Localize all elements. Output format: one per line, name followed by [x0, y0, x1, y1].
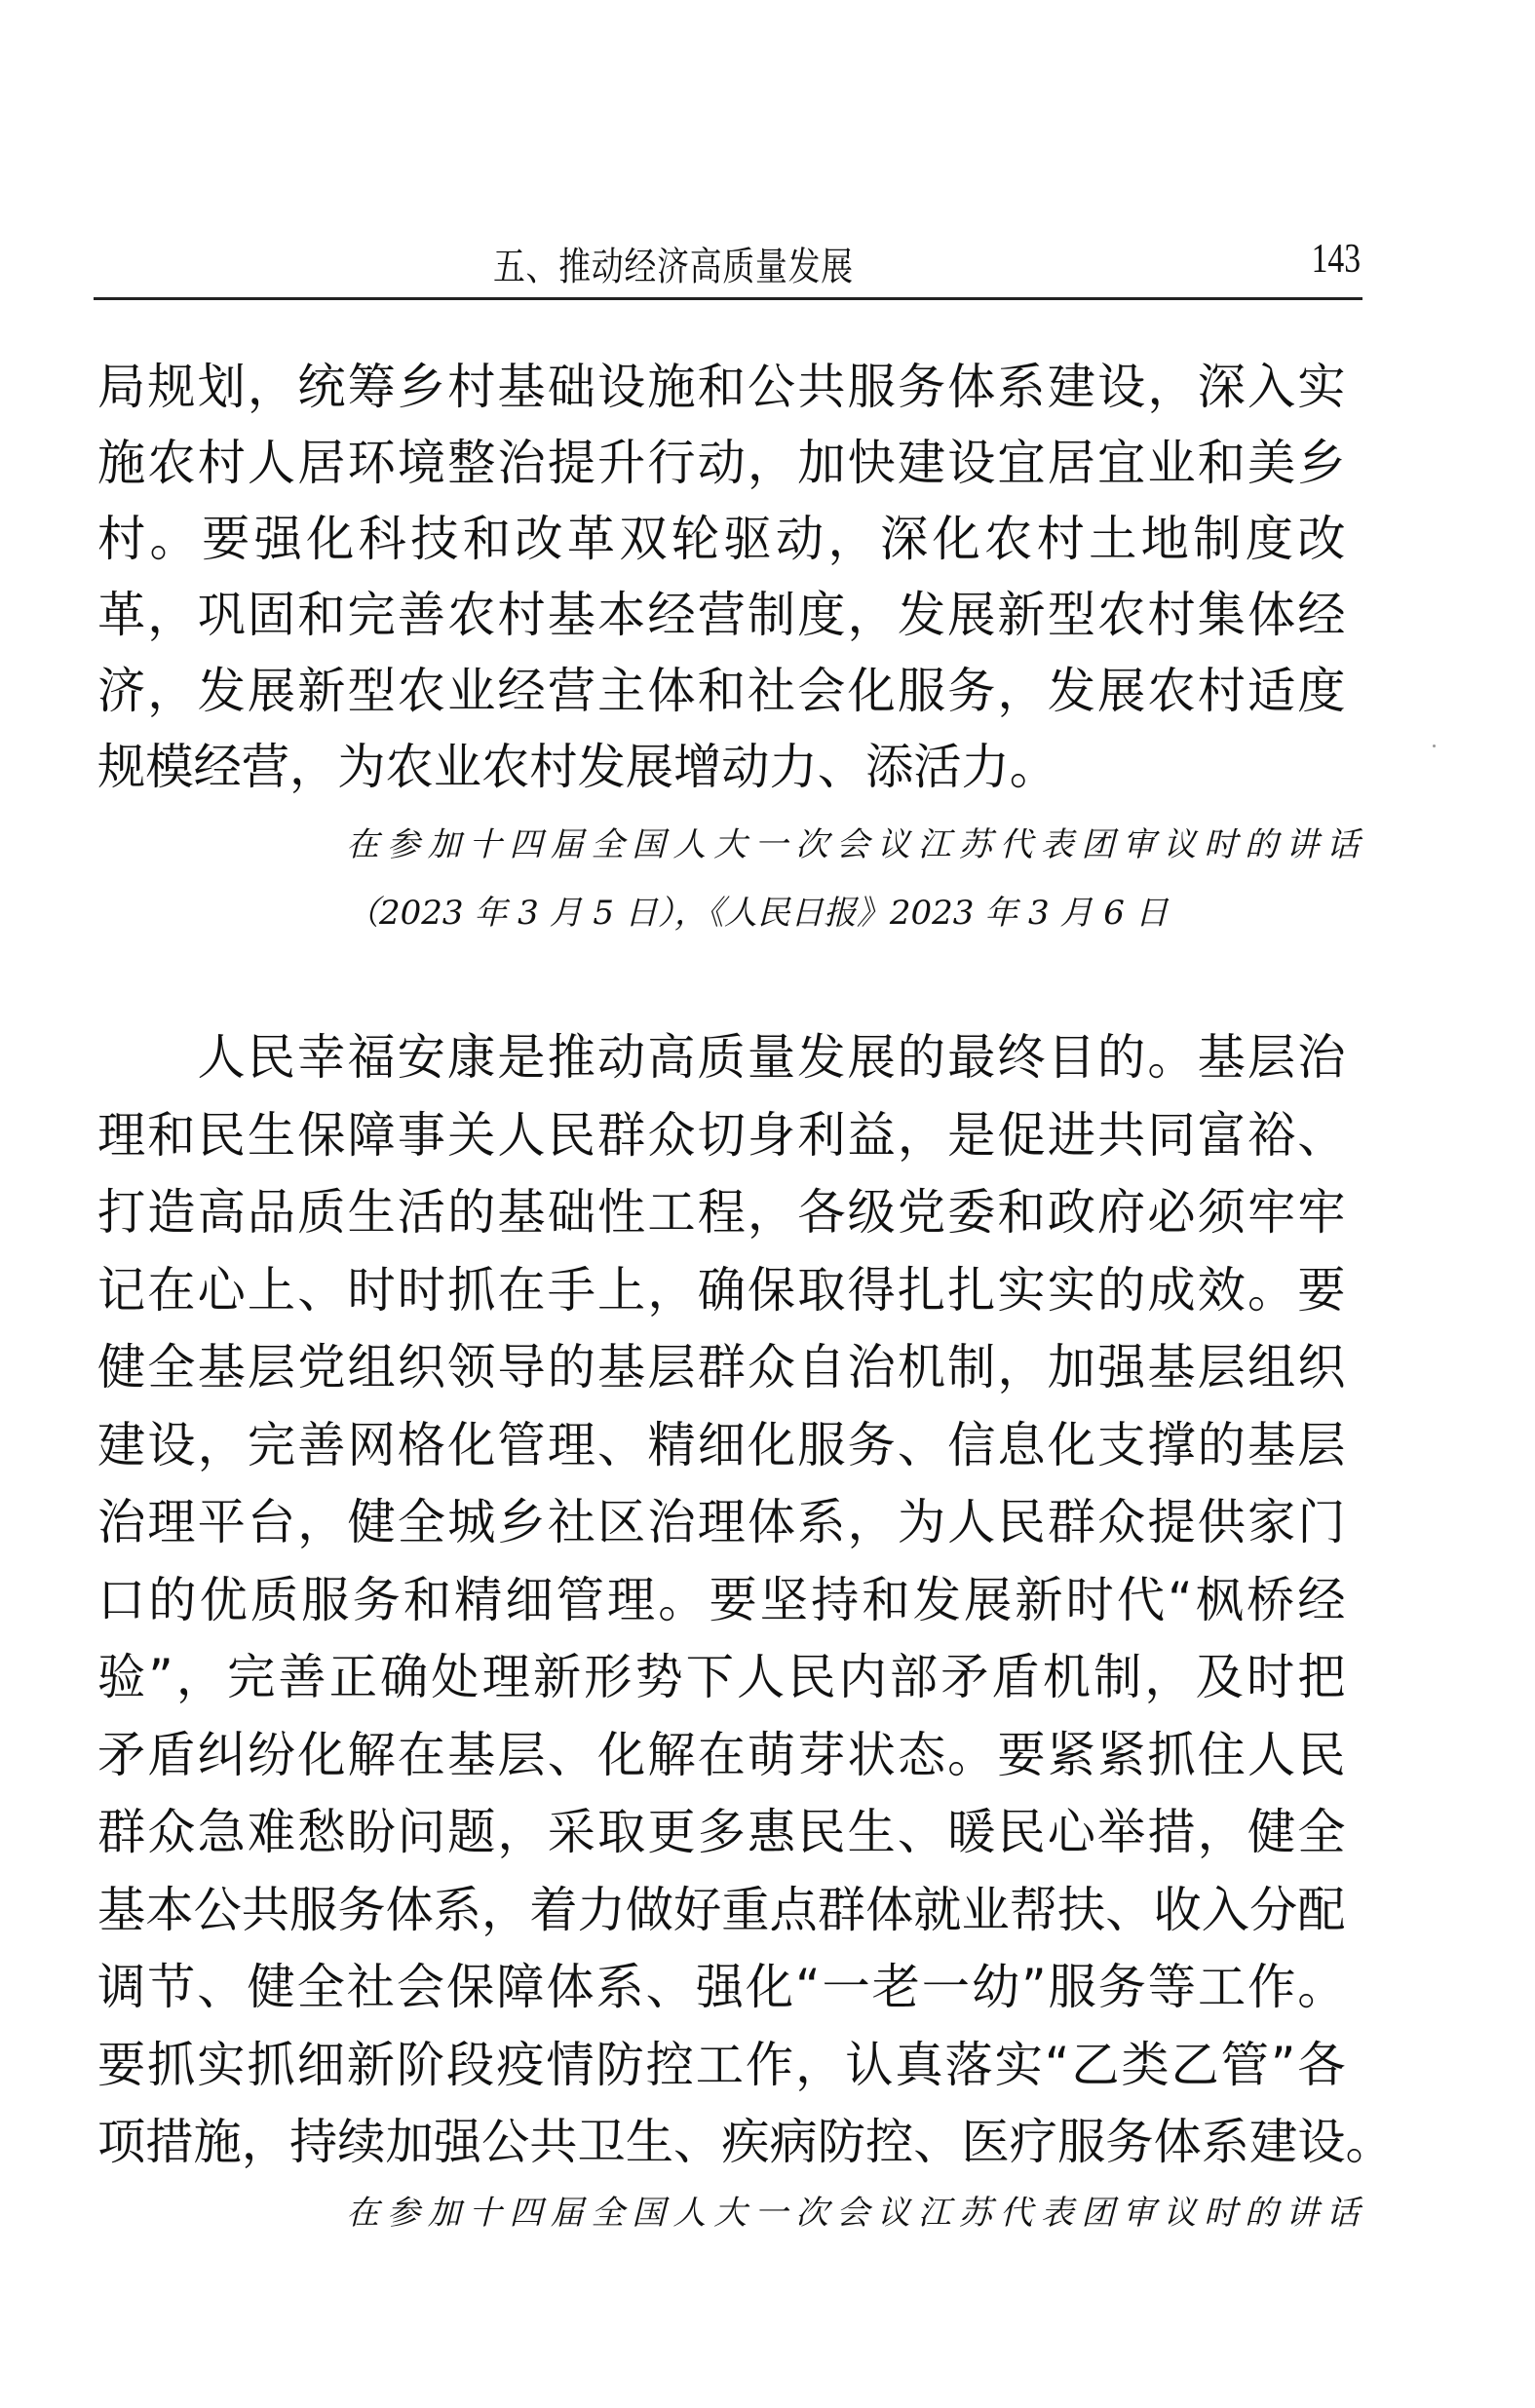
scan-speck [1433, 745, 1436, 747]
text-line: 口的优质服务和精细管理。要坚持和发展新时代“枫桥经 [97, 1562, 1346, 1640]
citation-2: 在参加十四届全国人大一次会议江苏代表团审议时的讲话 [346, 2179, 1360, 2247]
header-rule [94, 297, 1362, 300]
paragraph-2: 人民幸福安康是推动高质量发展的最终目的。基层治 理和民生保障事关人民群众切身利益… [97, 1019, 1364, 2182]
chapter-title: 五、推动经济高质量发展 [493, 236, 854, 291]
text-line: 项措施，持续加强公共卫生、疾病防控、医疗服务体系建设。 [97, 2104, 1346, 2182]
text-line: 局规划，统筹乡村基础设施和公共服务体系建设，深入实 [97, 349, 1346, 425]
text-line: 济，发展新型农业经营主体和社会化服务，发展农村适度 [97, 653, 1346, 729]
citation-line: 在参加十四届全国人大一次会议江苏代表团审议时的讲话 [346, 811, 1360, 879]
citation-line: （2023 年 3 月 5 日），《人民日报》2023 年 3 月 6 日 [346, 879, 1360, 947]
text-line: 规模经营，为农业农村发展增动力、添活力。 [97, 729, 1346, 805]
book-page: 五、推动经济高质量发展 143 局规划，统筹乡村基础设施和公共服务体系建设，深入… [0, 0, 1535, 2408]
page-number: 143 [1312, 236, 1361, 283]
text-line: 记在心上、时时抓在手上，确保取得扎扎实实的成效。要 [97, 1252, 1346, 1330]
text-line: 建设，完善网格化管理、精细化服务、信息化支撑的基层 [97, 1407, 1346, 1485]
text-line: 要抓实抓细新阶段疫情防控工作，认真落实“乙类乙管”各 [97, 2027, 1346, 2105]
citation-line: 在参加十四届全国人大一次会议江苏代表团审议时的讲话 [346, 2179, 1360, 2247]
text-line: 打造高品质生活的基础性工程，各级党委和政府必须牢牢 [97, 1174, 1346, 1252]
text-line: 施农村人居环境整治提升行动，加快建设宜居宜业和美乡 [97, 425, 1346, 501]
text-line: 调节、健全社会保障体系、强化“一老一幼”服务等工作。 [97, 1949, 1346, 2027]
text-line: 理和民生保障事关人民群众切身利益，是促进共同富裕、 [97, 1097, 1346, 1175]
text-line: 革，巩固和完善农村基本经营制度，发展新型农村集体经 [97, 577, 1346, 653]
text-line: 验”，完善正确处理新形势下人民内部矛盾机制，及时把 [97, 1639, 1346, 1717]
text-line: 治理平台，健全城乡社区治理体系，为人民群众提供家门 [97, 1484, 1346, 1562]
citation-1: 在参加十四届全国人大一次会议江苏代表团审议时的讲话 （2023 年 3 月 5 … [346, 811, 1360, 947]
text-line: 基本公共服务体系，着力做好重点群体就业帮扶、收入分配 [97, 1872, 1346, 1950]
text-line: 村。要强化科技和改革双轮驱动，深化农村土地制度改 [97, 501, 1346, 577]
text-line: 人民幸福安康是推动高质量发展的最终目的。基层治 [97, 1019, 1346, 1097]
text-line: 健全基层党组织领导的基层群众自治机制，加强基层组织 [97, 1329, 1346, 1407]
running-header: 五、推动经济高质量发展 143 [94, 234, 1361, 292]
paragraph-1: 局规划，统筹乡村基础设施和公共服务体系建设，深入实 施农村人居环境整治提升行动，… [97, 349, 1364, 805]
text-line: 群众急难愁盼问题，采取更多惠民生、暖民心举措，健全 [97, 1794, 1346, 1872]
text-line: 矛盾纠纷化解在基层、化解在萌芽状态。要紧紧抓住人民 [97, 1717, 1346, 1795]
